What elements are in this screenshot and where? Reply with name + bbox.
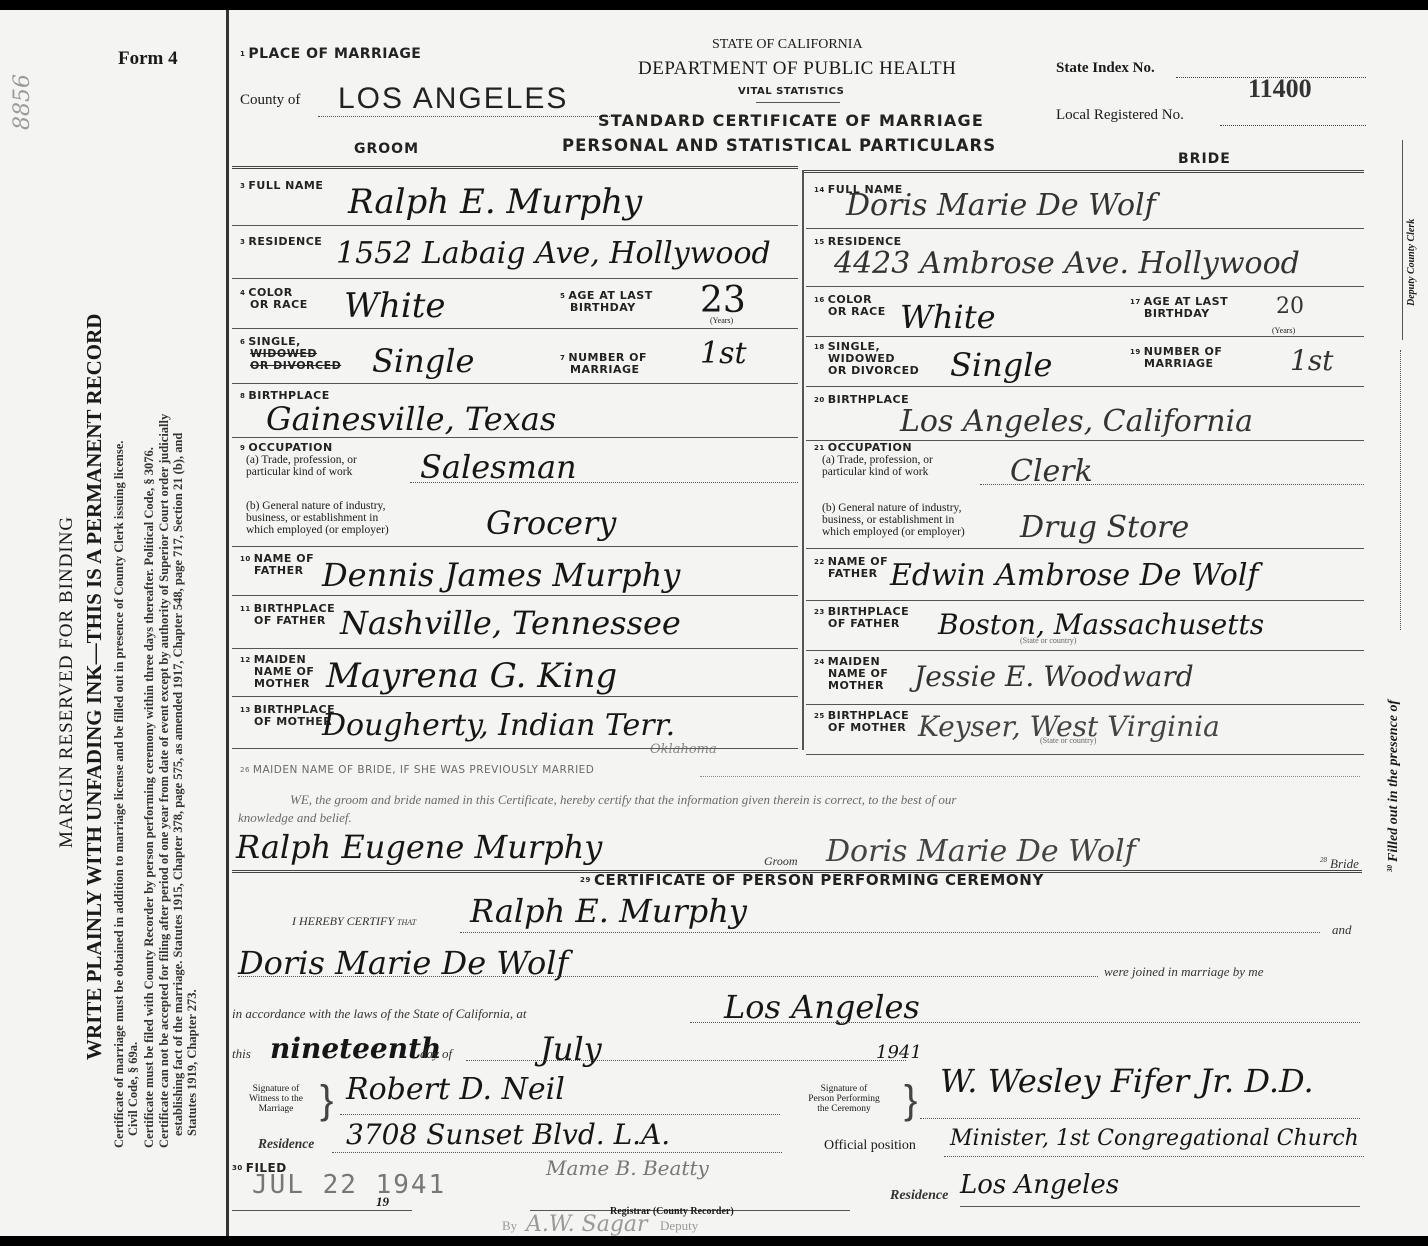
presence-label: 30Filled out in the presence of <box>1386 700 1402 872</box>
row-rule <box>806 704 1364 705</box>
bride-marriage-number: 1st <box>1290 344 1333 377</box>
groom-marriage-number: 1st <box>700 336 747 371</box>
certify-statement-end: knowledge and belief. <box>238 810 352 826</box>
state-index-label: State Index No. <box>1056 60 1155 77</box>
section-rule <box>232 166 798 169</box>
bride-occ-b-label: (b) General nature of industry,business,… <box>822 502 965 538</box>
county-label: County of <box>240 92 300 109</box>
officiant-label: Signature ofPerson Performingthe Ceremon… <box>782 1084 906 1114</box>
row-rule <box>232 648 798 649</box>
groom-marriage-number-label: 7NUMBER OFMARRIAGE <box>560 352 647 376</box>
row-rule <box>232 383 798 384</box>
groom-mother-birthplace: Dougherty, Indian Terr. <box>322 708 675 743</box>
bride-age-unit: (Years) <box>1272 326 1295 335</box>
instruction-line: establishing fact of the marriage. Statu… <box>171 433 186 1148</box>
bride-mother-label: 24MAIDENNAME OFMOTHER <box>814 656 888 692</box>
department-name: DEPARTMENT OF PUBLIC HEALTH <box>638 58 956 80</box>
groom-occupation-label: 9OCCUPATION <box>240 442 333 454</box>
officiant-line <box>920 1118 1360 1119</box>
local-registered-line <box>1220 125 1366 126</box>
groom-father-birthplace-label: 11BIRTHPLACEOF FATHER <box>240 603 335 627</box>
deputy-signature: A.W. Sagar <box>526 1212 648 1237</box>
row-rule <box>806 754 1364 755</box>
groom-color-label: 4COLOROR RACE <box>240 287 308 311</box>
groom-heading: GROOM <box>354 143 419 155</box>
location-line <box>690 1022 1360 1023</box>
groom-residence: 1552 Labaig Ave, Hollywood <box>336 236 771 271</box>
ceremony-heading: 29CERTIFICATE OF PERSON PERFORMING CEREM… <box>580 874 1044 886</box>
officiant-residence-line <box>960 1206 1360 1207</box>
row-rule <box>806 650 1364 651</box>
state-name: STATE OF CALIFORNIA <box>712 37 863 53</box>
deputy-label: Deputy <box>660 1218 698 1234</box>
section-rule <box>804 170 1364 173</box>
this-label: this <box>232 1046 251 1062</box>
witness-residence-label: Residence <box>258 1136 314 1152</box>
witness-residence: 3708 Sunset Blvd. L.A. <box>346 1118 670 1151</box>
right-margin-line <box>1402 140 1403 340</box>
groom-status: Single <box>372 342 474 380</box>
groom-father-birthplace: Nashville, Tennessee <box>340 604 681 642</box>
year-prefix: 19 <box>376 1194 389 1210</box>
bride-father: Edwin Ambrose De Wolf <box>890 558 1259 593</box>
form-number: Form 4 <box>118 48 178 70</box>
marriage-certificate: Form 4 8856 MARGIN RESERVED FOR BINDING … <box>0 10 1428 1236</box>
row-rule <box>806 228 1364 229</box>
row-rule <box>806 386 1364 387</box>
ceremony-year: 1941 <box>876 1042 922 1063</box>
bride-heading: BRIDE <box>1178 153 1231 165</box>
party-2-line <box>238 976 1098 977</box>
row-rule <box>232 437 798 438</box>
presence-line <box>1400 350 1401 630</box>
officiant-position: Minister, 1st Congregational Church <box>950 1126 1359 1151</box>
instruction-line: Certificate of marriage must be obtained… <box>112 441 127 1148</box>
ink-notice: WRITE PLAINLY WITH UNFADING INK—THIS IS … <box>82 314 107 1060</box>
certify-prefix: I HEREBY CERTIFY that <box>292 914 416 929</box>
bride-residence: 4423 Ambrose Ave. Hollywood <box>834 246 1300 281</box>
bride-signature: Doris Marie De Wolf <box>826 834 1136 869</box>
instruction-line: Civil Code, § 69a. <box>126 1042 141 1148</box>
bride-age: 20 <box>1276 294 1304 319</box>
party-1-line <box>460 932 1320 933</box>
groom-industry: Grocery <box>486 504 616 542</box>
bride-marriage-number-label: 19NUMBER OFMARRIAGE <box>1130 346 1222 370</box>
officiant-brace: } <box>904 1078 917 1123</box>
row-rule <box>232 328 798 329</box>
certificate-subtitle: PERSONAL AND STATISTICAL PARTICULARS <box>562 140 996 152</box>
witness-line <box>340 1114 780 1115</box>
groom-father: Dennis James Murphy <box>322 556 680 594</box>
groom-age-label: 5AGE AT LASTBIRTHDAY <box>560 290 653 314</box>
maiden-name-label: 26MAIDEN NAME OF BRIDE, IF SHE WAS PREVI… <box>240 764 594 776</box>
county-line <box>318 116 618 117</box>
groom-occ-b-label: (b) General nature of industry,business,… <box>246 500 389 536</box>
bride-father-birthplace: Boston, Massachusetts <box>938 608 1264 641</box>
position-label: Official position <box>824 1138 916 1154</box>
registrar-signature: Mame B. Beatty <box>546 1156 709 1180</box>
groom-status-label: 6SINGLE,WIDOWEDOR DIVORCED <box>240 336 341 372</box>
division-name: VITAL STATISTICS <box>738 86 844 98</box>
groom-age-unit: (Years) <box>710 316 733 325</box>
local-registered-label: Local Registered No. <box>1056 107 1184 124</box>
groom-birthplace: Gainesville, Texas <box>266 400 556 438</box>
bride-full-name: Doris Marie De Wolf <box>846 188 1156 223</box>
groom-mother: Mayrena G. King <box>326 656 617 696</box>
maiden-name-line <box>700 776 1360 777</box>
ceremony-location: Los Angeles <box>724 988 920 1026</box>
date-line <box>466 1060 906 1061</box>
groom-full-name: Ralph E. Murphy <box>348 182 642 222</box>
row-rule <box>232 225 798 226</box>
officiant-residence-label: Residence <box>890 1188 948 1204</box>
bride-father-label: 22NAME OFFATHER <box>814 556 888 580</box>
bride-status-label: 18SINGLE,WIDOWEDOR DIVORCED <box>814 341 919 377</box>
groom-residence-label: 3RESIDENCE <box>240 236 322 248</box>
deputy-county-clerk-label: Deputy County Clerk <box>1406 219 1417 306</box>
groom-age: 23 <box>700 280 746 321</box>
row-rule <box>806 548 1364 549</box>
bride-mother-birthplace-label: 25BIRTHPLACEOF MOTHER <box>814 710 909 734</box>
bride-birthplace: Los Angeles, California <box>900 404 1253 439</box>
groom-mother-birthplace-note: Oklahoma <box>650 742 717 757</box>
groom-mother-birthplace-label: 13BIRTHPLACEOF MOTHER <box>240 704 335 728</box>
county-value: LOS ANGELES <box>338 82 568 116</box>
row-rule <box>232 278 798 279</box>
row-rule <box>232 696 798 697</box>
filed-stamp: JUL 22 1941 <box>252 1170 446 1200</box>
groom-father-label: 10NAME OFFATHER <box>240 553 314 577</box>
binding-border <box>226 10 229 1236</box>
row-rule <box>806 336 1364 337</box>
bride-color-label: 16COLOROR RACE <box>814 294 886 318</box>
witness-signature: Robert D. Neil <box>346 1072 565 1107</box>
bride-industry: Drug Store <box>1020 510 1189 545</box>
ceremony-day: nineteenth <box>270 1032 441 1065</box>
groom-mother-label: 12MAIDENNAME OFMOTHER <box>240 654 314 690</box>
position-line <box>944 1156 1364 1157</box>
and-label: and <box>1332 922 1352 938</box>
laws-text: in accordance with the laws of the State… <box>232 1006 527 1022</box>
ceremony-party-1: Ralph E. Murphy <box>470 892 747 930</box>
state-or-country-hint: (State or country) <box>1040 736 1096 745</box>
bride-occupation-label: 21OCCUPATION <box>814 442 912 454</box>
certify-statement: WE, the groom and bride named in this Ce… <box>290 792 956 808</box>
row-rule <box>806 600 1364 601</box>
row-rule <box>410 482 798 483</box>
state-index-value: 11400 <box>1248 74 1312 104</box>
day-of-label: day of <box>420 1046 452 1062</box>
row-rule <box>232 595 798 596</box>
ceremony-month: July <box>540 1030 602 1068</box>
column-divider <box>802 170 804 750</box>
row-rule <box>232 546 798 547</box>
margin-notice: MARGIN RESERVED FOR BINDING <box>56 516 78 848</box>
row-rule <box>980 484 1364 485</box>
instruction-line: Certificate can not be accepted for fili… <box>157 414 172 1148</box>
bride-color: White <box>900 298 996 336</box>
groom-signature-label: Groom <box>764 854 798 869</box>
bride-birthplace-label: 20BIRTHPLACE <box>814 394 909 406</box>
groom-color: White <box>344 286 446 326</box>
groom-occupation: Salesman <box>420 448 577 486</box>
filed-line <box>232 1210 412 1211</box>
title-rule <box>756 102 840 103</box>
row-rule <box>806 286 1364 287</box>
witness-label: Signature ofWitness to theMarriage <box>232 1084 320 1114</box>
witness-residence-line <box>332 1152 782 1153</box>
groom-signature: Ralph Eugene Murphy <box>236 828 602 866</box>
witness-brace: } <box>320 1078 333 1123</box>
bride-age-label: 17AGE AT LASTBIRTHDAY <box>1130 296 1228 320</box>
by-label: By <box>502 1218 517 1234</box>
state-or-country-hint: (State or country) <box>1020 636 1076 645</box>
certificate-title: STANDARD CERTIFICATE OF MARRIAGE <box>598 115 984 127</box>
bride-mother: Jessie E. Woodward <box>914 660 1194 693</box>
officiant-signature: W. Wesley Fifer Jr. D.D. <box>940 1062 1314 1100</box>
instruction-line: Statutes 1919, Chapter 273. <box>185 989 200 1148</box>
bride-father-birthplace-label: 23BIRTHPLACEOF FATHER <box>814 606 909 630</box>
officiant-residence: Los Angeles <box>960 1170 1119 1200</box>
groom-occ-a-label: (a) Trade, profession, orparticular kind… <box>246 454 357 478</box>
margin-handwriting: 8856 <box>10 74 35 130</box>
groom-full-name-label: 3FULL NAME <box>240 180 323 192</box>
bride-occ-a-label: (a) Trade, profession, orparticular kind… <box>822 454 933 478</box>
instruction-line: Certificate must be filed with County Re… <box>142 447 157 1148</box>
bride-status: Single <box>950 346 1052 384</box>
row-rule <box>232 748 798 749</box>
place-of-marriage-label: 1PLACE OF MARRIAGE <box>240 48 421 60</box>
joined-text: were joined in marriage by me <box>1104 964 1263 980</box>
